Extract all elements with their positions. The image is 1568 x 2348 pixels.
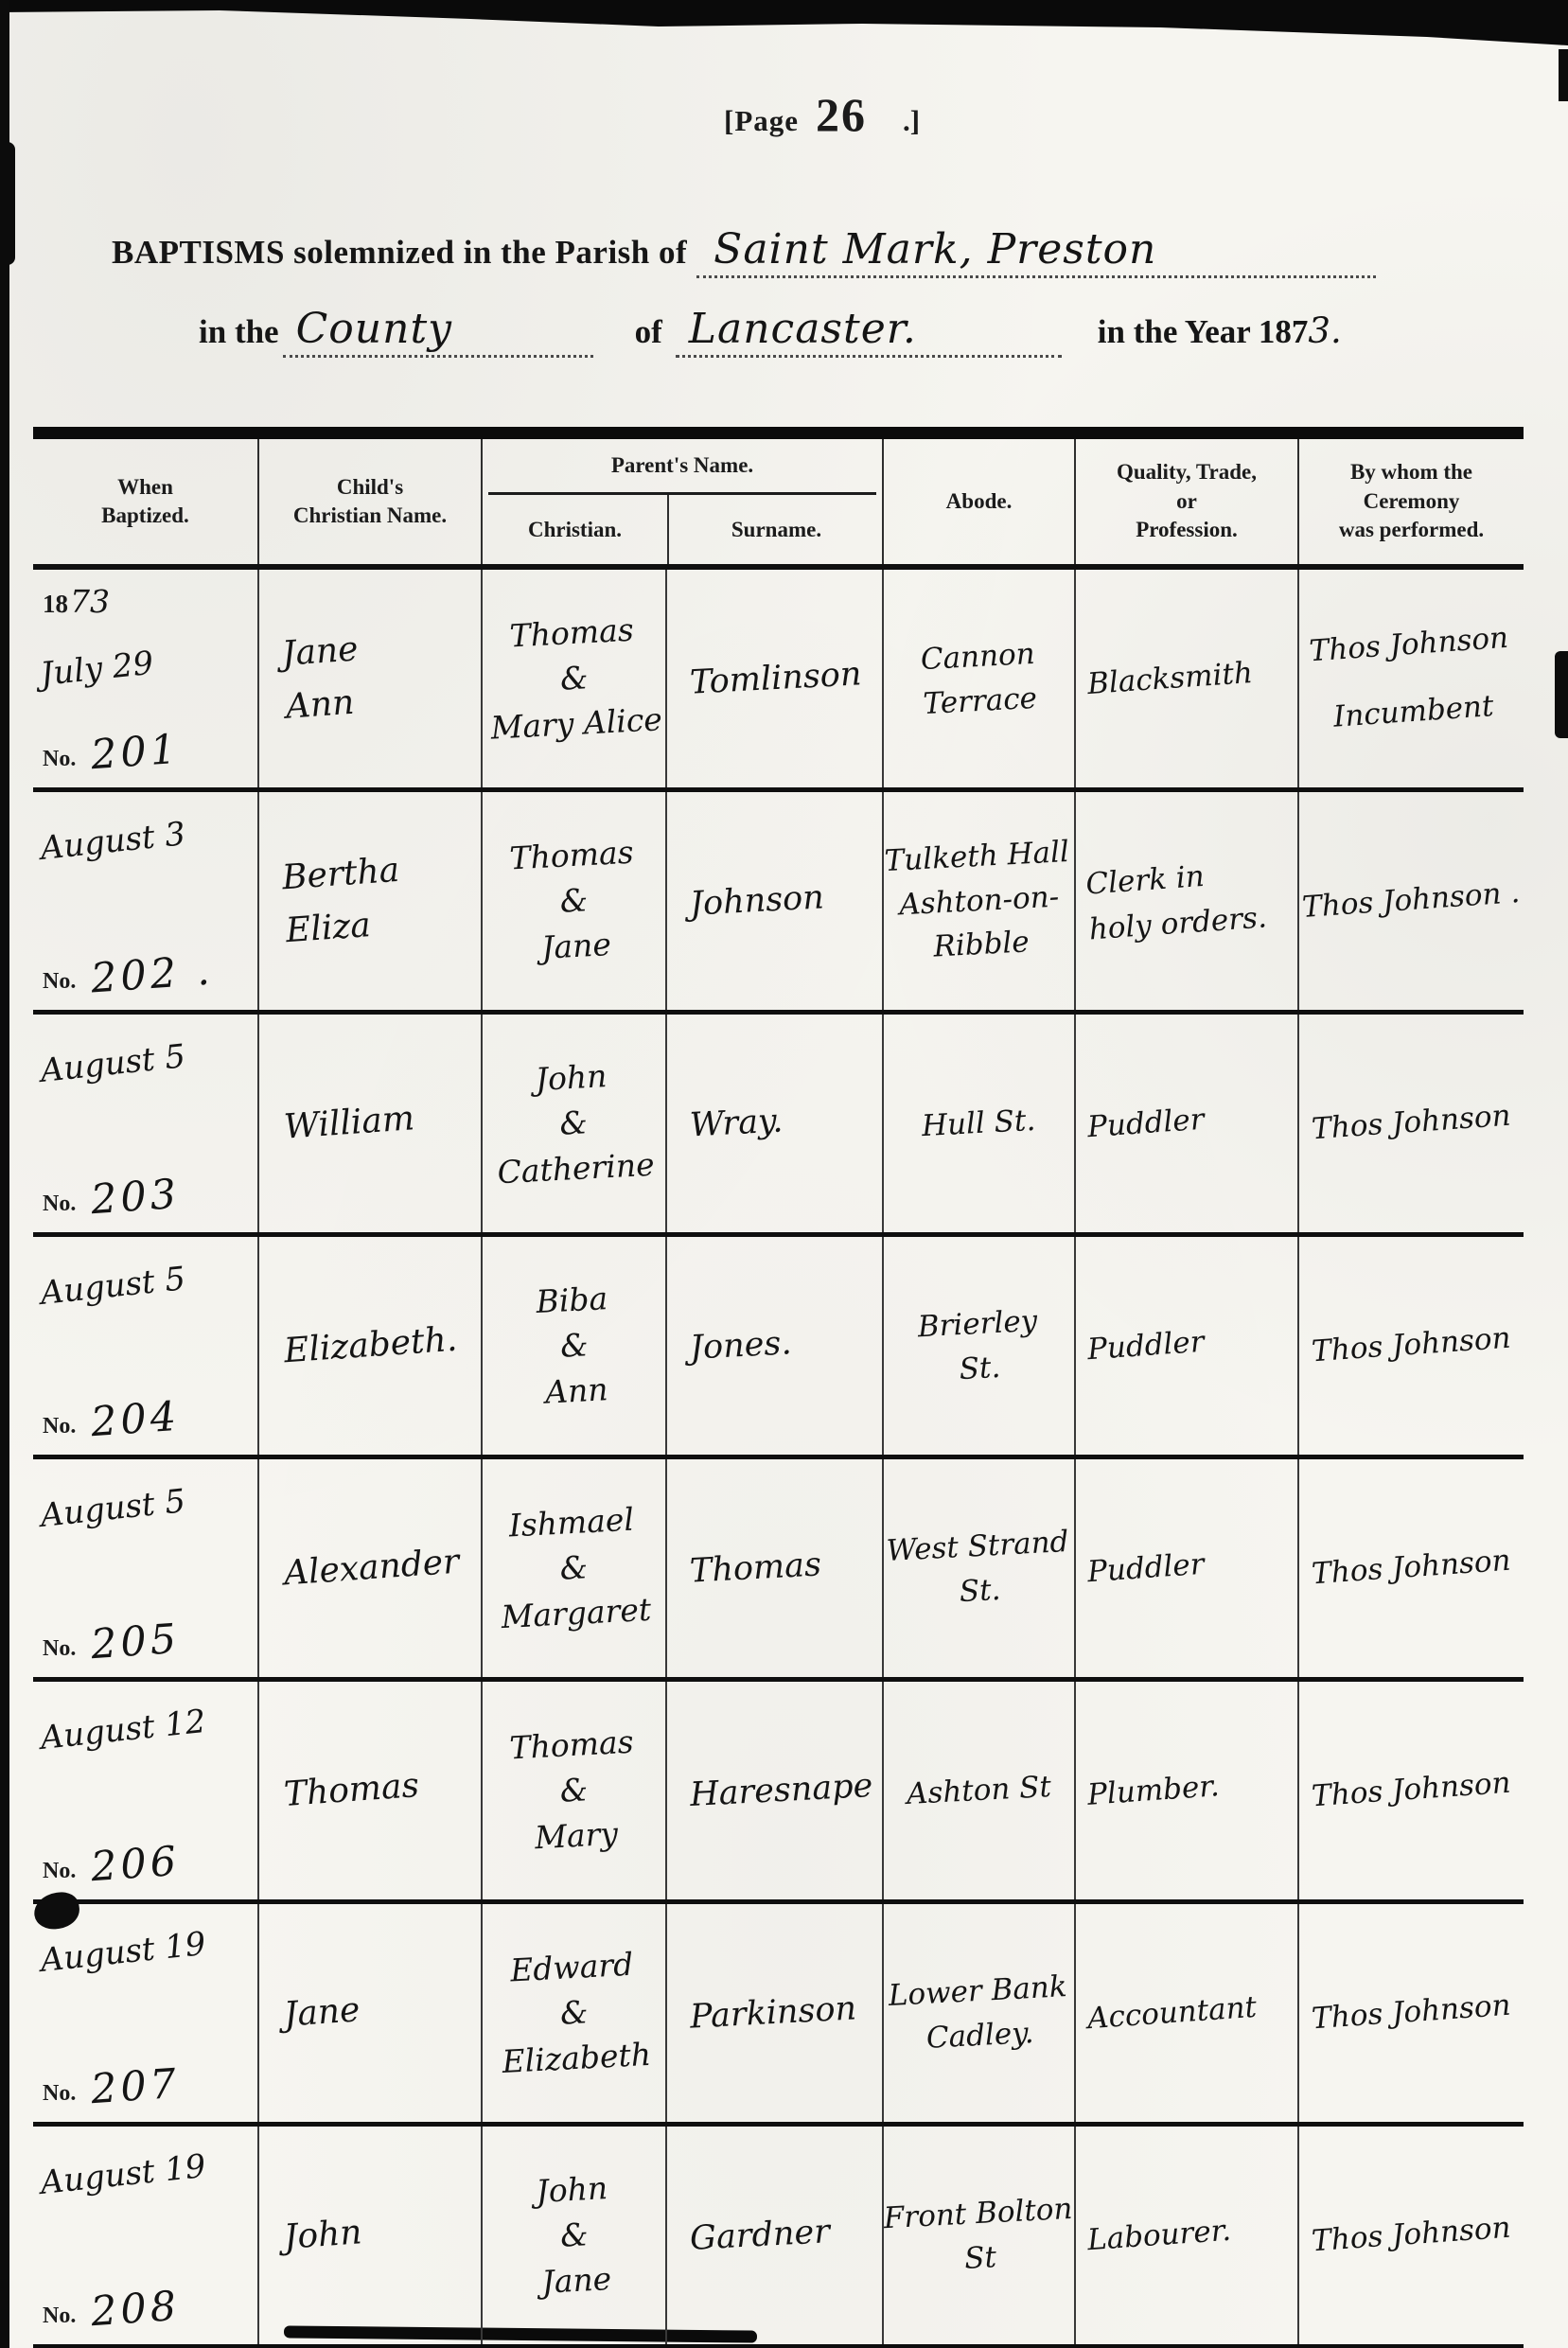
entry-number-line: No. 208 bbox=[43, 2286, 252, 2333]
officiant: Thos Johnson Incumbent bbox=[1307, 605, 1515, 753]
scan-artifact-right-mid bbox=[1555, 651, 1568, 738]
cell-parent-christian: Biba & Ann bbox=[481, 1237, 665, 1455]
trade: Puddler bbox=[1085, 1542, 1206, 1596]
entry-number-line: No. 203 bbox=[43, 1174, 252, 1221]
cell-by-whom: Thos Johnson . bbox=[1297, 792, 1524, 1010]
entry-number: 205 bbox=[90, 1615, 182, 1668]
trade: Plumber. bbox=[1085, 1763, 1221, 1818]
of-label: of bbox=[635, 313, 662, 350]
register-row-204: August 5 No. 204 Elizabeth. Biba & Ann J… bbox=[33, 1237, 1524, 1459]
parent-christian-names: Thomas & Mary Alice bbox=[484, 607, 663, 751]
officiant: Thos Johnson . bbox=[1300, 859, 1523, 942]
cell-trade: Puddler bbox=[1074, 1237, 1297, 1455]
entry-year: 1873 bbox=[43, 583, 252, 620]
trade: Accountant bbox=[1086, 1985, 1259, 2041]
abode: Hull St. bbox=[921, 1099, 1037, 1149]
register-row-208: August 19 No. 208 John John & Jane Gardn… bbox=[33, 2127, 1524, 2348]
register-row-206: August 12 No. 206 Thomas Thomas & Mary H… bbox=[33, 1682, 1524, 1904]
entry-date: August 5 bbox=[39, 1253, 251, 1313]
no-label: No. bbox=[43, 1192, 76, 1217]
officiant: Thos Johnson bbox=[1310, 1750, 1513, 1831]
cell-abode: West Strand St. bbox=[882, 1459, 1074, 1677]
register-row-205: August 5 No. 205 Alexander Ishmael & Mar… bbox=[33, 1459, 1524, 1682]
register-row-203: August 5 No. 203 William John & Catherin… bbox=[33, 1015, 1524, 1237]
parent-christian-names: Biba & Ann bbox=[535, 1276, 613, 1415]
abode: West Strand St. bbox=[886, 1520, 1072, 1617]
officiant: Thos Johnson bbox=[1310, 1527, 1513, 1609]
parent-surname: Thomas bbox=[689, 1545, 822, 1590]
entry-date: August 5 bbox=[39, 1475, 251, 1535]
abode: Cannon Terrace bbox=[882, 629, 1077, 727]
page-label: [Page 26 .] bbox=[724, 87, 920, 142]
table-header-row: When Baptized. Child's Christian Name. P… bbox=[33, 439, 1524, 570]
header-abode: Abode. bbox=[882, 439, 1074, 564]
child-name: Jane Ann bbox=[280, 624, 363, 734]
child-name: Jane bbox=[282, 1984, 361, 2041]
cell-parent-surname: Johnson bbox=[665, 792, 882, 1010]
entry-number-line: No. 205 bbox=[43, 1618, 252, 1666]
officiant: Thos Johnson bbox=[1310, 1305, 1513, 1386]
child-name: Bertha Eliza bbox=[280, 844, 405, 958]
cell-parent-surname: Gardner bbox=[665, 2127, 882, 2344]
entry-date: August 5 bbox=[39, 1031, 251, 1090]
cell-child-name: Thomas bbox=[257, 1682, 481, 1899]
in-the-label: in the bbox=[199, 313, 279, 350]
parent-christian-names: Edward & Elizabeth bbox=[496, 1941, 652, 2085]
trade: Puddler bbox=[1085, 1319, 1206, 1373]
header-childs-name: Child's Christian Name. bbox=[257, 439, 481, 564]
cell-child-name: Jane Ann bbox=[257, 570, 481, 787]
abode: Lower Bank Cadley. bbox=[888, 1965, 1070, 2062]
entry-number-line: No. 207 bbox=[43, 2063, 252, 2110]
county-word-handwritten: County bbox=[296, 305, 452, 353]
county-word-blank: County bbox=[283, 305, 593, 358]
cell-parent-christian: Thomas & Jane bbox=[481, 792, 665, 1010]
entry-date: August 12 bbox=[39, 1698, 251, 1757]
abode: Ashton St bbox=[906, 1765, 1052, 1816]
entry-number-line: No. 201 bbox=[43, 729, 252, 776]
parent-christian-names: John & Catherine bbox=[492, 1051, 656, 1195]
entry-date: August 19 bbox=[39, 2143, 251, 2202]
year-printed-part: 18 bbox=[43, 590, 68, 618]
county-value-handwritten: Lancaster. bbox=[689, 305, 917, 353]
abode: Brierley St. bbox=[917, 1298, 1041, 1392]
entry-number-line: No. 204 bbox=[43, 1396, 252, 1443]
child-name: John bbox=[282, 2206, 363, 2264]
parish-name-handwritten: Saint Mark, Preston bbox=[714, 225, 1156, 274]
entry-number: 203 bbox=[90, 1171, 182, 1224]
register-title-line1: BAPTISMS solemnized in the Parish of Sai… bbox=[112, 225, 1512, 278]
cell-parent-christian: John & Jane bbox=[481, 2127, 665, 2344]
cell-parent-christian: Ishmael & Margaret bbox=[481, 1459, 665, 1677]
parent-surname: Wray. bbox=[689, 1102, 784, 1144]
cell-when-baptized: August 5 No. 205 bbox=[33, 1459, 257, 1677]
abode: Tulketh Hall Ashton-on- Ribble bbox=[883, 830, 1074, 972]
header-parents-subrow: Christian. Surname. bbox=[483, 495, 882, 564]
year-printed-label: in the Year 187 bbox=[1098, 313, 1309, 350]
cell-when-baptized: August 3 No. 202 . bbox=[33, 792, 257, 1010]
page-label-prefix: [Page bbox=[724, 104, 799, 137]
cell-trade: Puddler bbox=[1074, 1459, 1297, 1677]
officiant: Thos Johnson bbox=[1310, 1083, 1513, 1164]
parent-surname: Gardner bbox=[689, 2213, 831, 2258]
header-quality-trade: Quality, Trade, or Profession. bbox=[1074, 439, 1297, 564]
trade: Labourer. bbox=[1086, 2208, 1233, 2264]
cell-parent-surname: Thomas bbox=[665, 1459, 882, 1677]
entry-number: 202 . bbox=[90, 947, 216, 1003]
baptism-register-table: When Baptized. Child's Christian Name. P… bbox=[33, 427, 1524, 2348]
page-label-suffix: .] bbox=[903, 104, 920, 137]
cell-trade: Accountant bbox=[1074, 1904, 1297, 2122]
entry-date: July 29 bbox=[39, 634, 251, 694]
child-name: Thomas bbox=[282, 1759, 420, 1822]
abode: Front Bolton St bbox=[882, 2186, 1075, 2284]
entry-number: 208 bbox=[90, 2283, 182, 2336]
cell-trade: Labourer. bbox=[1074, 2127, 1297, 2344]
no-label: No. bbox=[43, 1414, 76, 1439]
cell-parent-surname: Haresnape bbox=[665, 1682, 882, 1899]
year-handwritten: 3. bbox=[1308, 310, 1341, 351]
cell-parent-surname: Wray. bbox=[665, 1015, 882, 1232]
parent-surname: Jones. bbox=[689, 1324, 792, 1368]
cell-by-whom: Thos Johnson bbox=[1297, 1237, 1524, 1455]
header-by-whom: By whom the Ceremony was performed. bbox=[1297, 439, 1524, 564]
no-label: No. bbox=[43, 969, 76, 995]
entry-number: 201 bbox=[90, 726, 182, 779]
header-surname: Surname. bbox=[667, 495, 884, 564]
cell-trade: Puddler bbox=[1074, 1015, 1297, 1232]
parent-christian-names: Thomas & Mary bbox=[508, 1720, 639, 1862]
cell-child-name: John bbox=[257, 2127, 481, 2344]
header-when-baptized: When Baptized. bbox=[33, 439, 257, 564]
cell-parent-christian: Thomas & Mary bbox=[481, 1682, 665, 1899]
cell-abode: Brierley St. bbox=[882, 1237, 1074, 1455]
header-christian: Christian. bbox=[483, 495, 667, 564]
county-value-blank: Lancaster. bbox=[676, 305, 1062, 358]
entry-date: August 19 bbox=[39, 1920, 251, 1980]
cell-parent-christian: Thomas & Mary Alice bbox=[481, 570, 665, 787]
cell-by-whom: Thos Johnson bbox=[1297, 1904, 1524, 2122]
parent-christian-names: Thomas & Jane bbox=[508, 830, 639, 972]
scan-edge-top bbox=[0, 0, 1568, 47]
cell-by-whom: Thos Johnson bbox=[1297, 1459, 1524, 1677]
cell-trade: Plumber. bbox=[1074, 1682, 1297, 1899]
header-parents-name: Parent's Name. bbox=[488, 439, 876, 495]
cell-when-baptized: 1873 July 29 No. 201 bbox=[33, 570, 257, 787]
scan-edge-left-bulge bbox=[0, 142, 15, 265]
no-label: No. bbox=[43, 1636, 76, 1662]
register-row-207: August 19 No. 207 Jane Edward & Elizabet… bbox=[33, 1904, 1524, 2127]
cell-when-baptized: August 5 No. 204 bbox=[33, 1237, 257, 1455]
officiant: Thos Johnson bbox=[1310, 1972, 1513, 2054]
cell-when-baptized: August 5 No. 203 bbox=[33, 1015, 257, 1232]
scan-artifact-right-top bbox=[1559, 49, 1568, 101]
child-name: Elizabeth. bbox=[282, 1314, 459, 1378]
cell-parent-christian: Edward & Elizabeth bbox=[481, 1904, 665, 2122]
parent-surname: Tomlinson bbox=[689, 655, 862, 701]
cell-when-baptized: August 12 No. 206 bbox=[33, 1682, 257, 1899]
no-label: No. bbox=[43, 747, 76, 772]
cell-parent-surname: Parkinson bbox=[665, 1904, 882, 2122]
parent-surname: Johnson bbox=[689, 878, 825, 923]
cell-child-name: Elizabeth. bbox=[257, 1237, 481, 1455]
cell-trade: Clerk in holy orders. bbox=[1074, 792, 1297, 1010]
entry-number: 204 bbox=[90, 1393, 182, 1446]
cell-abode: Hull St. bbox=[882, 1015, 1074, 1232]
cell-child-name: Jane bbox=[257, 1904, 481, 2122]
officiant: Thos Johnson bbox=[1310, 2195, 1513, 2276]
parent-surname: Parkinson bbox=[689, 1989, 857, 2036]
child-name: William bbox=[282, 1092, 416, 1154]
parent-christian-names: John & Jane bbox=[535, 2165, 613, 2304]
page-number: 26 bbox=[816, 88, 867, 141]
cell-trade: Blacksmith bbox=[1074, 570, 1297, 787]
cell-by-whom: Thos Johnson bbox=[1297, 1015, 1524, 1232]
parish-name-blank: Saint Mark, Preston bbox=[696, 225, 1376, 278]
cell-by-whom: Thos Johnson Incumbent bbox=[1297, 570, 1524, 787]
no-label: No. bbox=[43, 1859, 76, 1884]
cell-parent-surname: Jones. bbox=[665, 1237, 882, 1455]
scan-edge-left bbox=[0, 0, 9, 2348]
cell-child-name: Bertha Eliza bbox=[257, 792, 481, 1010]
entry-number: 207 bbox=[90, 2060, 182, 2113]
cell-parent-christian: John & Catherine bbox=[481, 1015, 665, 1232]
entry-number: 206 bbox=[90, 1838, 182, 1891]
entry-date: August 3 bbox=[39, 808, 251, 868]
cell-abode: Cannon Terrace bbox=[882, 570, 1074, 787]
entry-number-line: No. 202 . bbox=[43, 951, 252, 998]
cell-abode: Front Bolton St bbox=[882, 2127, 1074, 2344]
parent-surname: Haresnape bbox=[689, 1767, 873, 1814]
scanned-register-page: { "page_label": { "prefix": "[Page", "nu… bbox=[0, 0, 1568, 2348]
parent-christian-names: Ishmael & Margaret bbox=[496, 1496, 653, 1640]
trade: Blacksmith bbox=[1086, 650, 1255, 707]
cell-when-baptized: August 19 No. 207 bbox=[33, 1904, 257, 2122]
no-label: No. bbox=[43, 2304, 76, 2329]
header-parents-name-group: Parent's Name. Christian. Surname. bbox=[481, 439, 882, 564]
trade: Clerk in holy orders. bbox=[1084, 850, 1268, 953]
cell-abode: Ashton St bbox=[882, 1682, 1074, 1899]
register-title-line2: in the County of Lancaster. in the Year … bbox=[199, 305, 1505, 358]
register-row-201: 1873 July 29 No. 201 Jane Ann Thomas & M… bbox=[33, 570, 1524, 792]
cell-parent-surname: Tomlinson bbox=[665, 570, 882, 787]
no-label: No. bbox=[43, 2081, 76, 2107]
year-written-part: 73 bbox=[70, 583, 110, 620]
cell-child-name: Alexander bbox=[257, 1459, 481, 1677]
entry-number-line: No. 206 bbox=[43, 1841, 252, 1888]
child-name: Alexander bbox=[282, 1536, 461, 1601]
cell-by-whom: Thos Johnson bbox=[1297, 1682, 1524, 1899]
register-row-202: August 3 No. 202 . Bertha Eliza Thomas &… bbox=[33, 792, 1524, 1015]
title-printed-text: BAPTISMS solemnized in the Parish of bbox=[112, 234, 687, 271]
cell-by-whom: Thos Johnson bbox=[1297, 2127, 1524, 2344]
cell-abode: Lower Bank Cadley. bbox=[882, 1904, 1074, 2122]
trade: Puddler bbox=[1085, 1097, 1206, 1151]
cell-abode: Tulketh Hall Ashton-on- Ribble bbox=[882, 792, 1074, 1010]
cell-when-baptized: August 19 No. 208 bbox=[33, 2127, 257, 2344]
cell-child-name: William bbox=[257, 1015, 481, 1232]
